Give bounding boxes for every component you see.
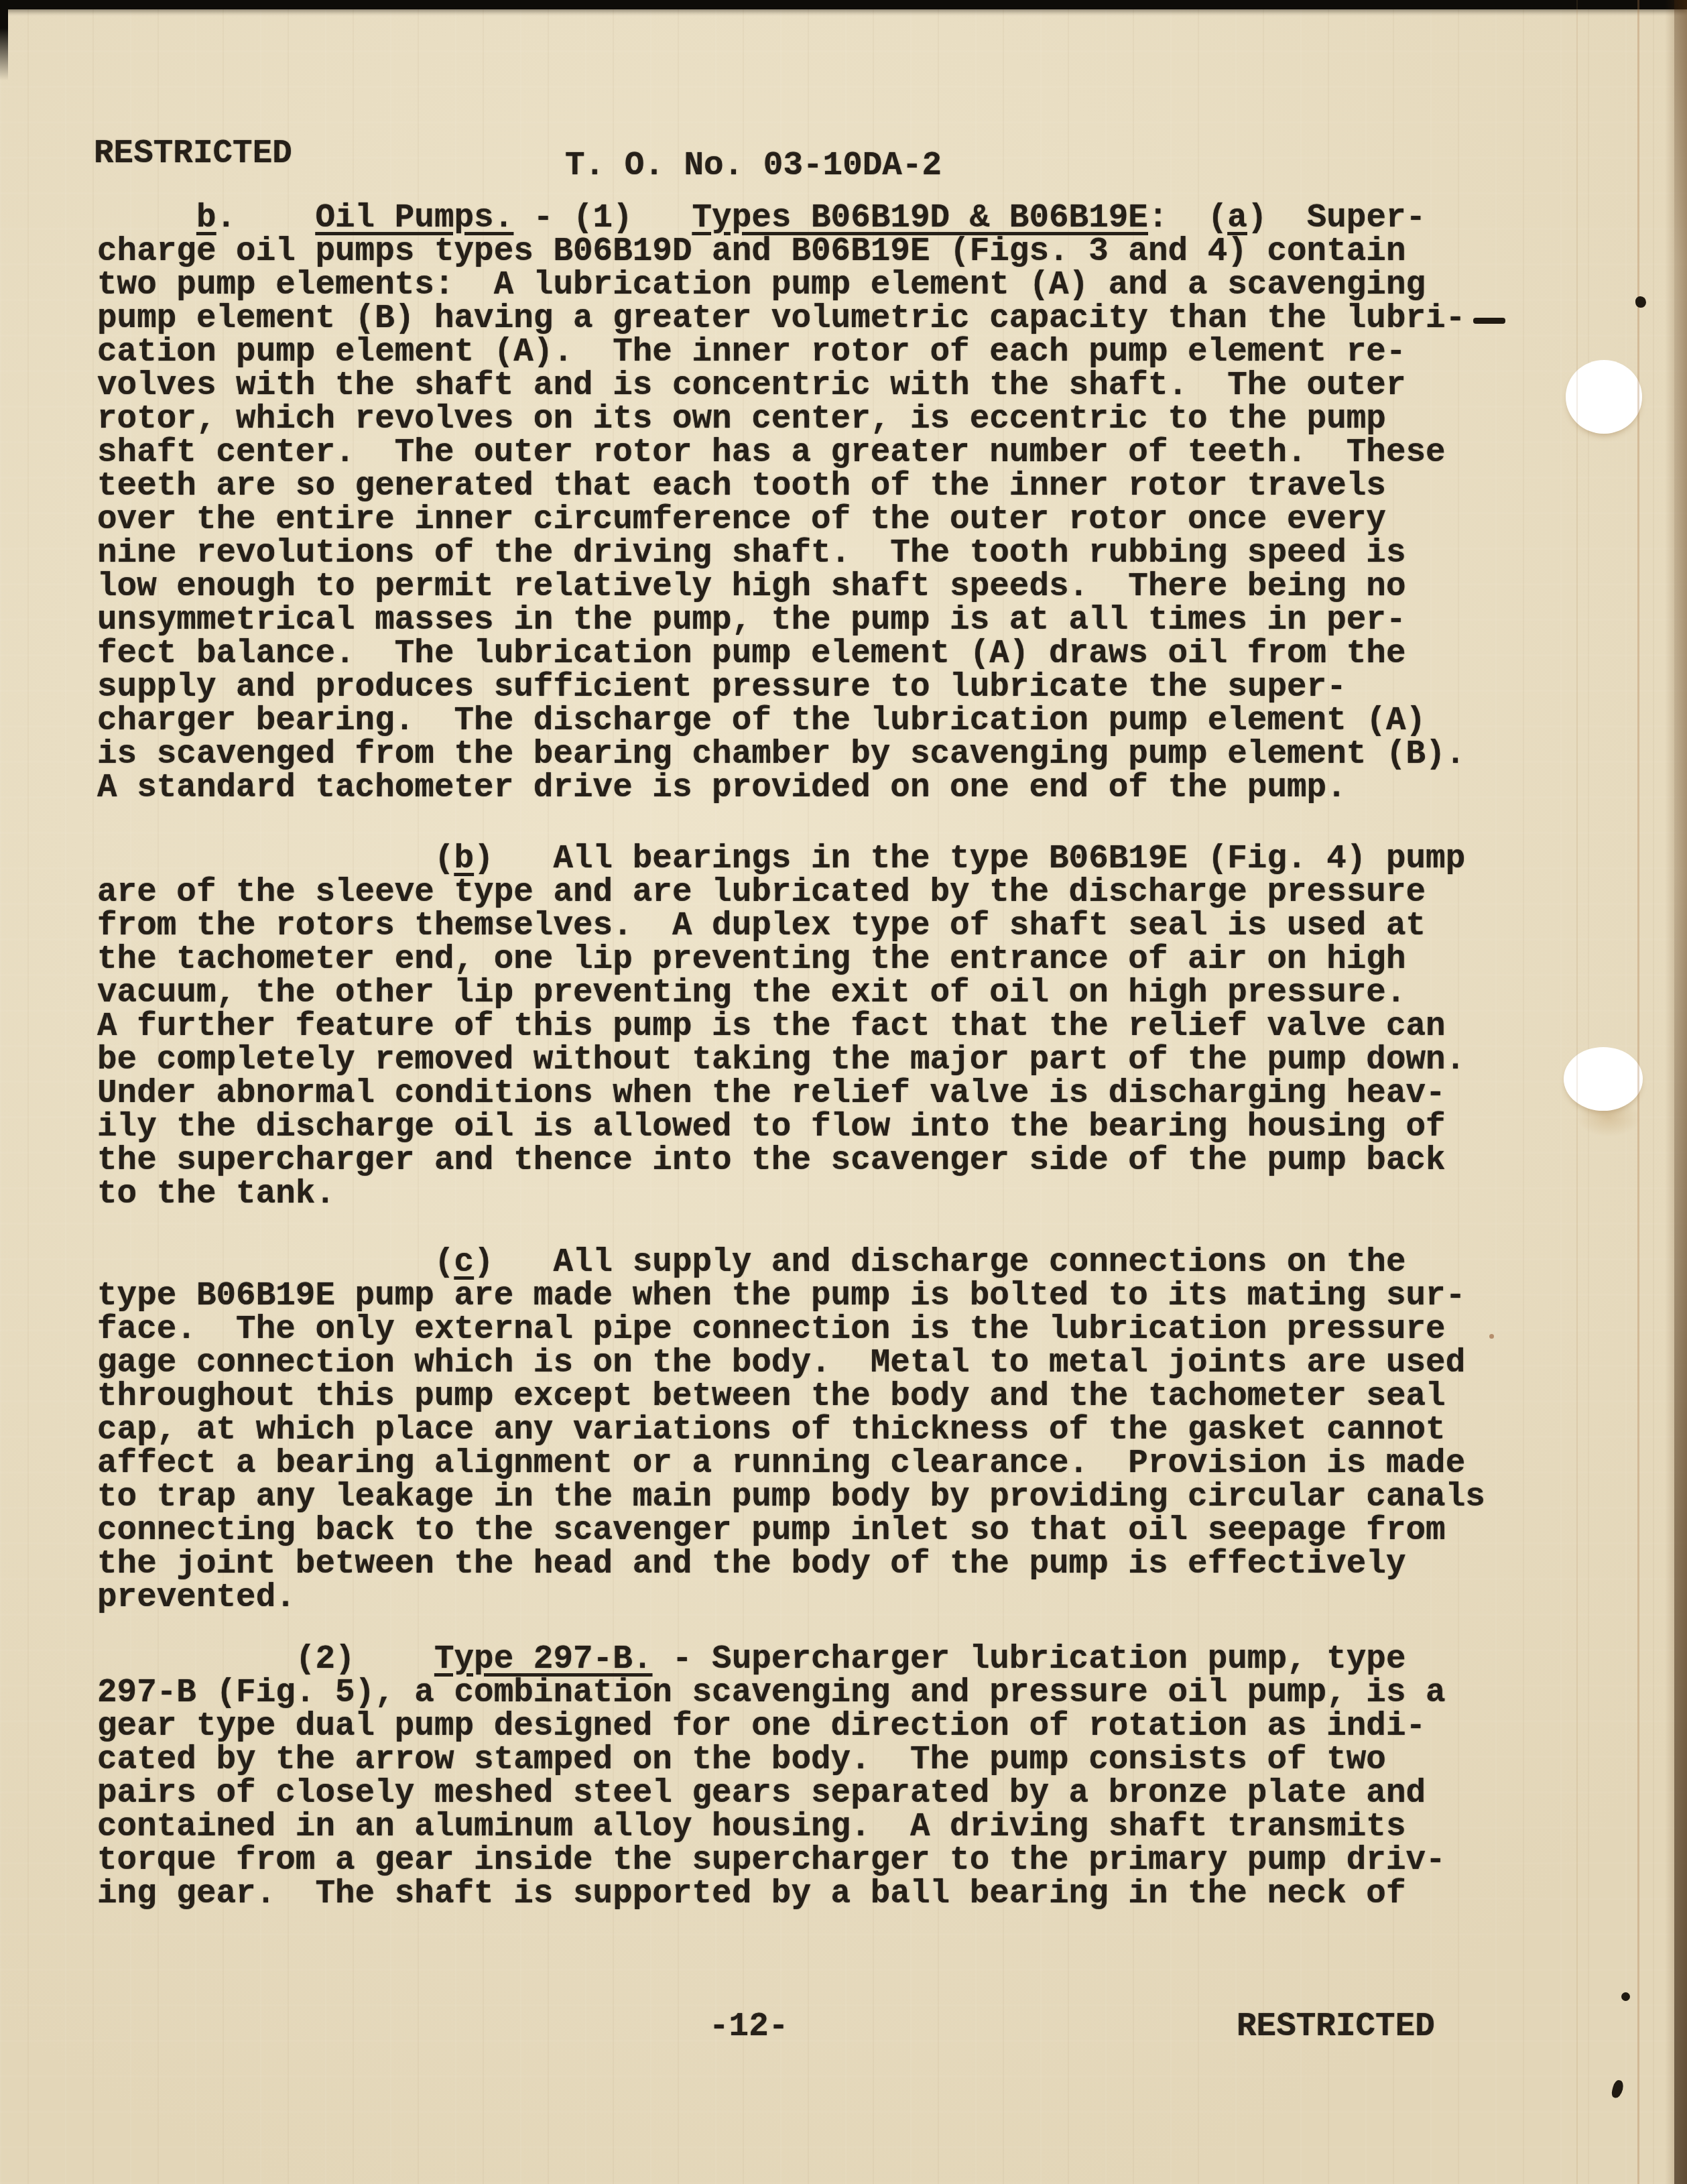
text-line: unsymmetrical masses in the pump, the pu… [97,603,1465,637]
text-line: two pump elements: A lubrication pump el… [97,268,1465,302]
text-line: b. Oil Pumps. - (1) Types B06B19D & B06B… [97,201,1465,235]
text-line: pairs of closely meshed steel gears sepa… [97,1776,1446,1810]
stray-dash-mark [1473,318,1505,324]
text-segment: ) All supply and discharge connections o… [474,1243,1405,1281]
underlined-text: c [454,1243,475,1281]
text-line: the joint between the head and the body … [97,1547,1485,1581]
text-line: contained in an aluminum alloy housing. … [97,1810,1446,1843]
ink-speck [1621,1992,1630,2001]
paragraph-2: (2) Type 297-B. - Supercharger lubricati… [97,1642,1446,1910]
text-line: is scavenged from the bearing chamber by… [97,737,1465,771]
underlined-text: b [454,840,475,877]
footer-classification: RESTRICTED [1237,2010,1435,2043]
text-line: prevented. [97,1581,1485,1614]
ink-speck [1489,1334,1494,1339]
text-segment [97,199,196,237]
text-line: (c) All supply and discharge connections… [97,1246,1485,1279]
footer-page-number: -12- [709,2010,788,2043]
text-line: gage connection which is on the body. Me… [97,1346,1485,1380]
text-line: nine revolutions of the driving shaft. T… [97,536,1465,570]
text-line: pump element (B) having a greater volume… [97,302,1465,335]
text-line: volves with the shaft and is concentric … [97,369,1465,402]
text-line: Under abnormal conditions when the relie… [97,1077,1465,1110]
underlined-text: a [1227,199,1247,237]
text-segment: (2) [97,1640,434,1678]
text-line: cap, at which place any variations of th… [97,1413,1485,1447]
text-line: be completely removed without taking the… [97,1043,1465,1077]
underlined-text: Type 297-B. [434,1640,652,1678]
text-line: charger bearing. The discharge of the lu… [97,704,1465,737]
text-line: from the rotors themselves. A duplex typ… [97,909,1465,943]
ink-speck [1635,296,1646,308]
text-line: ily the discharge oil is allowed to flow… [97,1110,1465,1144]
text-line: type B06B19E pump are made when the pump… [97,1279,1485,1313]
underlined-text: Types B06B19D & B06B19E [692,199,1148,237]
text-line: throughout this pump except between the … [97,1380,1485,1413]
text-line: face. The only external pipe connection … [97,1313,1485,1346]
text-segment: ( [97,840,454,877]
paragraph-sub-c: (c) All supply and discharge connections… [97,1246,1485,1614]
text-line: ing gear. The shaft is supported by a ba… [97,1877,1446,1910]
text-line: cated by the arrow stamped on the body. … [97,1743,1446,1776]
text-segment: : ( [1148,199,1227,237]
text-line: vacuum, the other lip preventing the exi… [97,976,1465,1010]
underlined-text: b [196,199,216,237]
paper-crease-line [1637,0,1639,2184]
text-line: charge oil pumps types B06B19D and B06B1… [97,235,1465,268]
text-segment: ) Super- [1247,199,1426,237]
text-line: the supercharger and thence into the sca… [97,1144,1465,1177]
text-line: A standard tachometer drive is provided … [97,771,1465,804]
underlined-text: Oil Pumps. [315,199,513,237]
scan-edge-top [0,0,1687,9]
page-right-edge-dark [1674,0,1687,2184]
text-segment: - (1) [513,199,692,237]
text-line: over the entire inner circumference of t… [97,503,1465,536]
text-line: (b) All bearings in the type B06B19E (Fi… [97,842,1465,875]
text-line: connecting back to the scavenger pump in… [97,1514,1485,1547]
text-line: gear type dual pump designed for one dir… [97,1709,1446,1743]
text-line: (2) Type 297-B. - Supercharger lubricati… [97,1642,1446,1676]
text-line: low enough to permit relatively high sha… [97,570,1465,603]
text-line: cation pump element (A). The inner rotor… [97,335,1465,369]
text-line: affect a bearing alignment or a running … [97,1447,1485,1480]
header-classification: RESTRICTED [94,137,292,170]
text-segment: . [216,199,316,237]
text-line: to trap any leakage in the main pump bod… [97,1480,1485,1514]
text-line: the tachometer end, one lip preventing t… [97,943,1465,976]
text-segment: ) All bearings in the type B06B19E (Fig.… [474,840,1465,877]
paragraph-sub-b: (b) All bearings in the type B06B19E (Fi… [97,842,1465,1211]
header-technical-order-number: T. O. No. 03-10DA-2 [565,149,942,182]
scanned-document-page: RESTRICTED T. O. No. 03-10DA-2 b. Oil Pu… [0,0,1687,2184]
text-line: to the tank. [97,1177,1465,1211]
text-line: supply and produces sufficient pressure … [97,670,1465,704]
text-line: rotor, which revolves on its own center,… [97,402,1465,436]
paper-crease-line-faint [1576,0,1578,2184]
paragraph-b: b. Oil Pumps. - (1) Types B06B19D & B06B… [97,201,1465,804]
scan-edge-top-left [0,0,8,80]
text-line: 297-B (Fig. 5), a combination scavenging… [97,1676,1446,1709]
text-line: are of the sleeve type and are lubricate… [97,875,1465,909]
punch-hole-middle [1564,1047,1643,1111]
ink-speck [1611,2079,1625,2100]
text-segment: - Supercharger lubrication pump, type [652,1640,1405,1678]
text-line: teeth are so generated that each tooth o… [97,469,1465,503]
text-line: torque from a gear inside the supercharg… [97,1843,1446,1877]
text-line: A further feature of this pump is the fa… [97,1010,1465,1043]
text-line: fect balance. The lubrication pump eleme… [97,637,1465,670]
text-segment: ( [97,1243,454,1281]
text-line: shaft center. The outer rotor has a grea… [97,436,1465,469]
